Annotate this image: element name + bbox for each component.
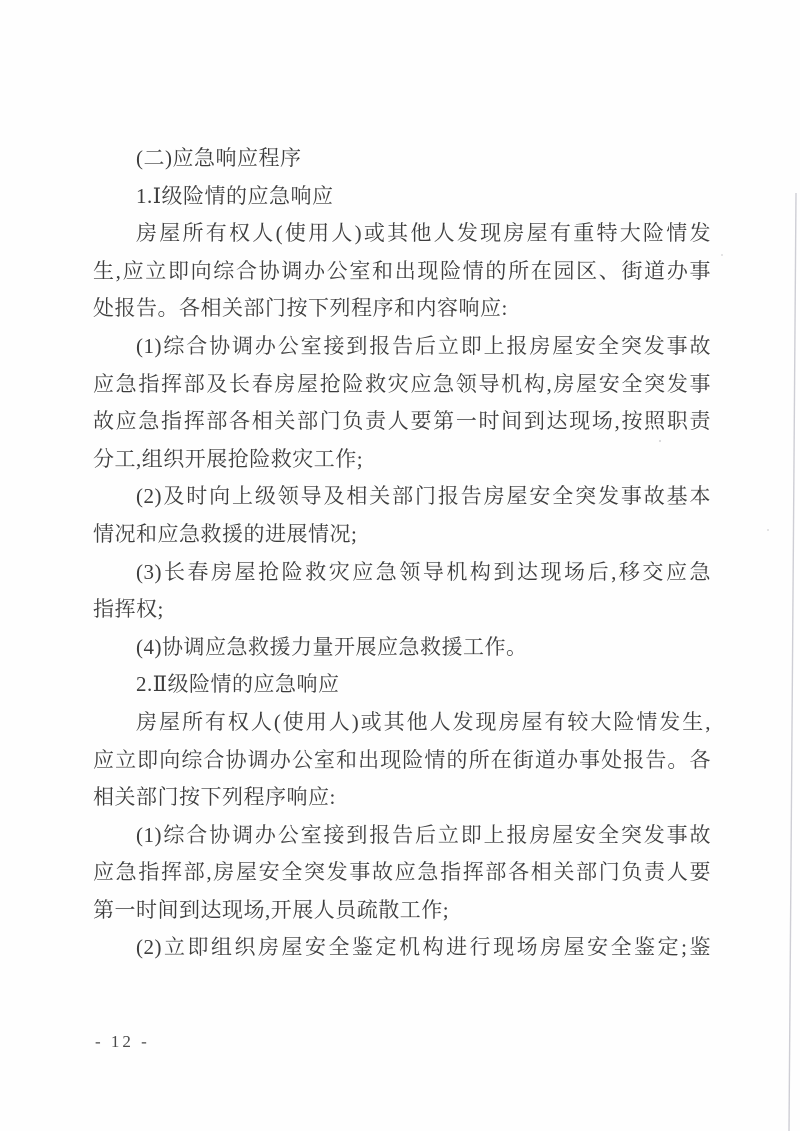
document-body: (二)应急响应程序1.Ⅰ级险情的应急响应房屋所有权人(使用人)或其他人发现房屋有… (93, 140, 711, 967)
text-line: 应急指挥部,房屋安全突发事故应急指挥部各相关部门负责人要 (93, 854, 711, 892)
text-line: 房屋所有权人(使用人)或其他人发现房屋有较大险情发生, (93, 704, 711, 742)
text-line: (1)综合协调办公室接到报告后立即上报房屋安全突发事故 (93, 328, 711, 366)
text-line: (3)长春房屋抢险救灾应急领导机构到达现场后,移交应急 (93, 554, 711, 592)
text-line: (2)立即组织房屋安全鉴定机构进行现场房屋安全鉴定;鉴 (93, 929, 711, 967)
text-line: 应急指挥部及长春房屋抢险救灾应急领导机构,房屋安全突发事 (93, 366, 711, 404)
text-line: 生,应立即向综合协调办公室和出现险情的所在园区、街道办事 (93, 253, 711, 291)
text-line: 第一时间到达现场,开展人员疏散工作; (93, 892, 711, 930)
text-line: (4)协调应急救援力量开展应急救援工作。 (93, 629, 711, 667)
text-line: 1.Ⅰ级险情的应急响应 (93, 178, 711, 216)
text-line: 分工,组织开展抢险救灾工作; (93, 441, 711, 479)
text-line: 故应急指挥部各相关部门负责人要第一时间到达现场,按照职责 (93, 403, 711, 441)
text-line: 相关部门按下列程序响应: (93, 779, 711, 817)
text-line: 情况和应急救援的进展情况; (93, 516, 711, 554)
text-line: 处报告。各相关部门按下列程序和内容响应: (93, 290, 711, 328)
text-line: 房屋所有权人(使用人)或其他人发现房屋有重特大险情发 (93, 215, 711, 253)
page-number: - 12 - (95, 1030, 150, 1054)
text-line: (2)及时向上级领导及相关部门报告房屋安全突发事故基本 (93, 478, 711, 516)
document-page: (二)应急响应程序1.Ⅰ级险情的应急响应房屋所有权人(使用人)或其他人发现房屋有… (0, 0, 800, 1131)
text-line: 应立即向综合协调办公室和出现险情的所在街道办事处报告。各 (93, 742, 711, 780)
text-line: (1)综合协调办公室接到报告后立即上报房屋安全突发事故 (93, 817, 711, 855)
text-line: (二)应急响应程序 (93, 140, 711, 178)
text-line: 指挥权; (93, 591, 711, 629)
text-line: 2.Ⅱ级险情的应急响应 (93, 666, 711, 704)
